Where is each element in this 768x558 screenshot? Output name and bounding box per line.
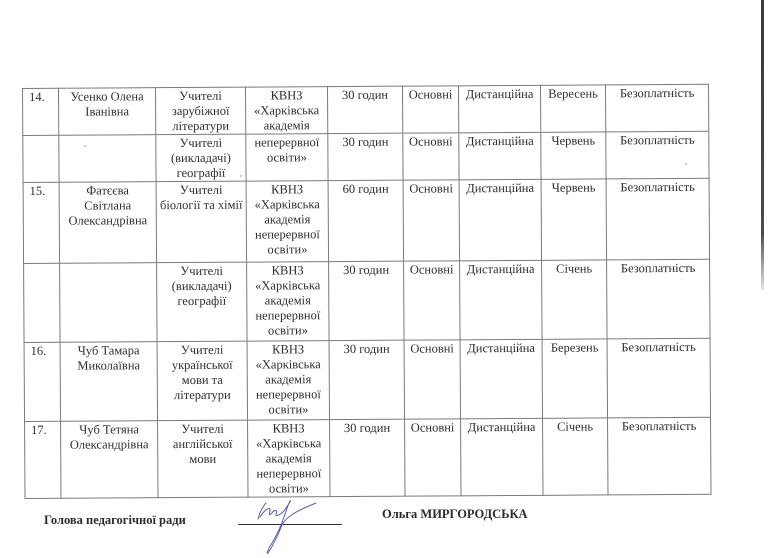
organization: КВНЗ «Харківська академія неперервної ос…	[247, 262, 329, 341]
table-row: 16. Чуб Тамара Миколаївна Учителі україн…	[24, 338, 710, 421]
teacher-category: Учителі української мови та літератури	[157, 341, 247, 421]
month: Березень	[542, 339, 607, 418]
table-row: 14. Усенко Олена Іванівна Учителі зарубі…	[23, 84, 709, 135]
signer-name: Ольга МИРГОРОДСЬКА	[382, 507, 528, 522]
month: Червень	[541, 179, 606, 260]
hours: 60 годин	[328, 180, 403, 261]
signature-block: Голова педагогічної ради Ольга МИРГОРОДС…	[0, 510, 768, 558]
month: Січень	[543, 418, 608, 495]
scan-speck	[84, 145, 86, 147]
course-type: Основні	[403, 180, 459, 261]
courses-table: 14. Усенко Олена Іванівна Учителі зарубі…	[22, 84, 711, 499]
table-row: 15. Фатєєва Світлана Олександрівна Учите…	[23, 178, 709, 263]
table-row: Учителі (викладачі) географії КВНЗ «Харк…	[24, 259, 710, 342]
row-number	[23, 135, 59, 182]
table-row: Учителі (викладачі) географії неперервно…	[23, 131, 709, 182]
table-row: 17. Чуб Тетяна Олександрівна Учителі анг…	[25, 417, 711, 498]
fee: Безоплатність	[608, 417, 711, 495]
teacher-name: Усенко Олена Іванівна	[59, 88, 156, 136]
study-form: Дистанційна	[459, 132, 541, 180]
scan-speck	[240, 175, 242, 177]
row-number: 15.	[23, 182, 59, 263]
teacher-category: Учителі біології та хімії	[156, 181, 246, 263]
scanner-edge-shadow	[761, 0, 764, 290]
organization: КВНЗ «Харківська академія неперервної ос…	[248, 420, 330, 497]
course-type: Основні	[404, 340, 460, 419]
month: Вересень	[540, 85, 605, 132]
fee: Безоплатність	[606, 131, 709, 179]
teacher-category: Учителі англійської мови	[158, 420, 248, 498]
study-form: Дистанційна	[460, 339, 542, 418]
organization: КВНЗ «Харківська академія неперервної ос…	[247, 341, 329, 420]
study-form: Дистанційна	[458, 85, 540, 133]
teacher-name: Чуб Тамара Миколаївна	[60, 342, 157, 422]
teacher-name: Чуб Тетяна Олександрівна	[61, 421, 158, 499]
month: Червень	[541, 132, 606, 179]
month: Січень	[542, 260, 607, 339]
organization: КВНЗ «Харківська академія неперервної ос…	[246, 181, 328, 262]
teacher-category: Учителі зарубіжної літератури	[156, 87, 246, 135]
row-number: 17.	[25, 421, 61, 498]
course-type: Основні	[402, 86, 458, 133]
course-type: Основні	[404, 261, 460, 340]
teacher-category: Учителі (викладачі) географії	[157, 262, 247, 342]
fee: Безоплатність	[607, 259, 710, 339]
study-form: Дистанційна	[460, 260, 542, 339]
hours: 30 годин	[327, 86, 402, 133]
fee: Безоплатність	[605, 84, 708, 132]
organization: неперервної освіти»	[246, 134, 328, 182]
hours: 30 годин	[330, 419, 405, 496]
course-type: Основні	[405, 419, 461, 496]
study-form: Дистанційна	[459, 179, 541, 260]
teacher-name: Фатєєва Світлана Олександрівна	[59, 182, 156, 264]
fee: Безоплатність	[607, 338, 710, 418]
signer-position: Голова педагогічної ради	[44, 513, 186, 528]
handwritten-signature-icon	[240, 497, 330, 558]
scan-speck	[685, 163, 687, 165]
row-number: 16.	[24, 342, 60, 421]
teacher-category: Учителі (викладачі) географії	[156, 134, 246, 182]
fee: Безоплатність	[606, 178, 709, 260]
row-number: 14.	[23, 88, 59, 135]
teacher-name	[59, 135, 156, 183]
hours: 30 годин	[329, 340, 404, 419]
teacher-name	[60, 263, 157, 343]
hours: 30 годин	[328, 133, 403, 180]
row-number	[24, 263, 60, 342]
course-type: Основні	[403, 133, 459, 180]
hours: 30 годин	[329, 261, 404, 340]
organization: КВНЗ «Харківська академія	[245, 87, 327, 135]
study-form: Дистанційна	[461, 418, 543, 495]
